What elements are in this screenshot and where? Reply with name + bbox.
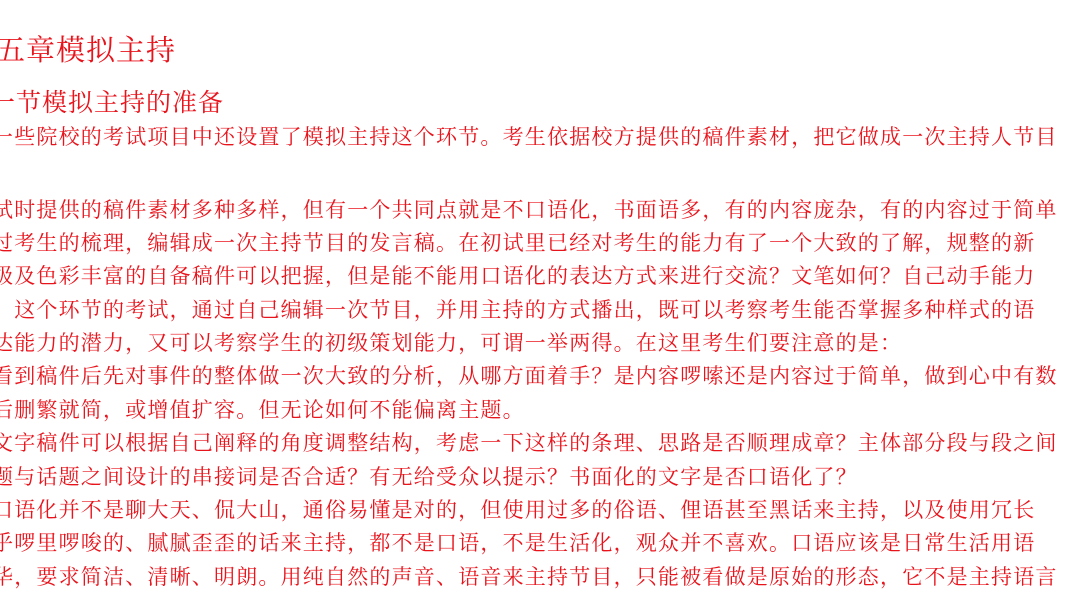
paragraph-line-8: 后删繁就简，或增值扩容。但无论如何不能偏离主题。 — [0, 395, 525, 425]
paragraph-line-13: 华，要求简洁、清晰、明朗。用纯自然的声音、语音来主持节目，只能被看做是原始的形态… — [0, 562, 1058, 592]
paragraph-line-6: 达能力的潜力，又可以考察学生的初级策划能力，可谓一举两得。在这里考生们要注意的是… — [0, 328, 902, 358]
paragraph-line-10: 题与话题之间设计的串接词是否合适？有无给受众以提示？书面化的文字是否口语化了？ — [0, 462, 858, 492]
chapter-title: 五章模拟主持 — [0, 32, 176, 68]
paragraph-line-11: 口语化并不是聊大天、侃大山，通俗易懂是对的，但使用过多的俗语、俚语甚至黑话来主持… — [0, 495, 1035, 525]
paragraph-line-12: 乎啰里啰唆的、腻腻歪歪的话来主持，都不是口语，不是生活化，观众并不喜欢。口语应该… — [0, 528, 1035, 558]
paragraph-line-7: 看到稿件后先对事件的整体做一次大致的分析，从哪方面着手？是内容啰嗦还是内容过于简… — [0, 361, 1058, 391]
paragraph-line-5: 。这个环节的考试，通过自己编辑一次节目，并用主持的方式播出，既可以考察考生能否掌… — [0, 295, 1035, 325]
paragraph-line-1: 一些院校的考试项目中还设置了模拟主持这个环节。考生依据校方提供的稿件素材，把它做… — [0, 122, 1058, 152]
paragraph-line-3: 过考生的梳理，编辑成一次主持节目的发言稿。在初试里已经对考生的能力有了一个大致的… — [0, 228, 1035, 258]
paragraph-line-2: 试时提供的稿件素材多种多样，但有一个共同点就是不口语化，书面语多，有的内容庞杂，… — [0, 195, 1058, 225]
paragraph-line-4: 级及色彩丰富的自备稿件可以把握，但是能不能用口语化的表达方式来进行交流？文笔如何… — [0, 261, 1035, 291]
document-page: 五章模拟主持 一节模拟主持的准备 一些院校的考试项目中还设置了模拟主持这个环节。… — [0, 0, 1080, 608]
paragraph-line-9: 文字稿件可以根据自己阐释的角度调整结构，考虑一下这样的条理、思路是否顺理成章？主… — [0, 428, 1058, 458]
section-title: 一节模拟主持的准备 — [0, 87, 224, 119]
